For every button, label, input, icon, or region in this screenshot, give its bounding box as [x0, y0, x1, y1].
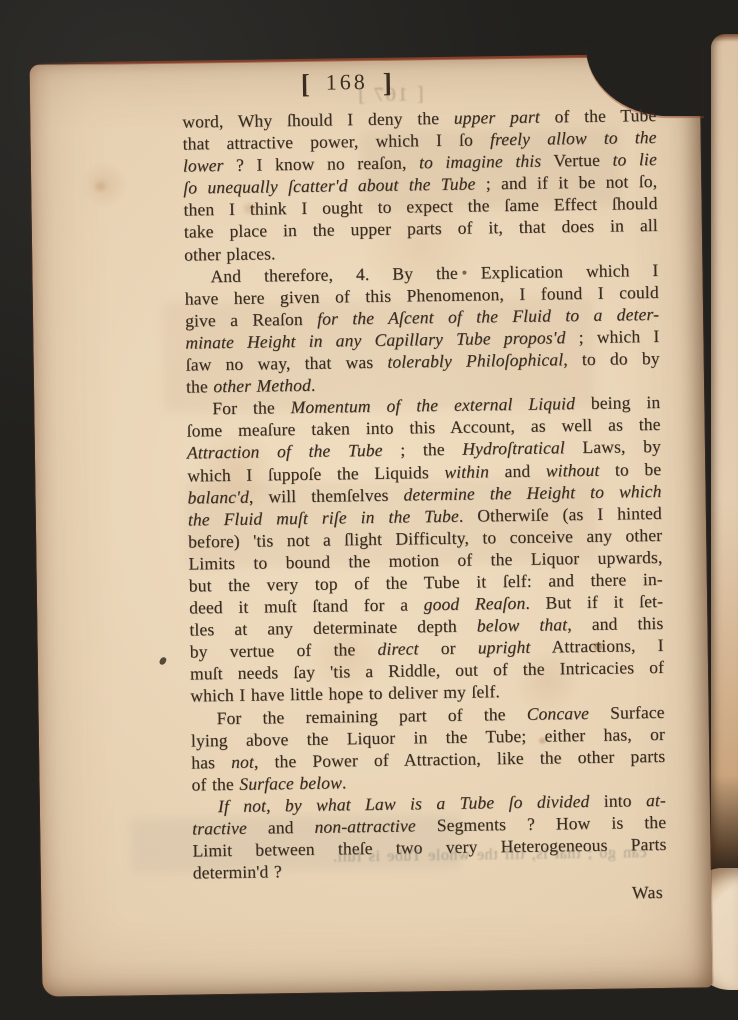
italic-text: to lie	[612, 149, 657, 170]
roman-text: . Otherwiſe (as I hinted	[459, 503, 662, 526]
folio-left-bracket: [	[301, 69, 311, 99]
roman-text: ; and if it be not ſo,	[475, 171, 657, 194]
roman-text: , to do by	[563, 348, 660, 369]
roman-text: , and this	[567, 613, 663, 634]
italic-text: determine the Height to which	[403, 481, 661, 505]
italic-text: ſo unequally ſcatter'd about the Tube	[183, 174, 476, 198]
roman-text: or	[418, 638, 477, 659]
italic-text: freely allow to the	[490, 127, 657, 149]
roman-text: give a Reaſon	[185, 309, 317, 331]
roman-text: Surface	[589, 701, 665, 722]
italic-text: Hydroſtratical	[462, 438, 565, 459]
italic-text: the Fluid muſt riſe in the Tube	[188, 505, 459, 529]
italic-text: below that	[477, 614, 568, 635]
italic-text: to imagine this	[419, 151, 542, 173]
body-text: can go ; that is, till the whole Tube is…	[182, 104, 667, 884]
roman-text: which I ſuppoſe the Liquids	[187, 461, 444, 485]
italic-text: balanc'd	[187, 486, 249, 507]
roman-text: Laws, by	[565, 436, 661, 457]
italic-text: tolerably Philoſophical	[387, 349, 563, 371]
roman-text: ſaw no way, that was	[186, 352, 388, 375]
roman-text: Segments ? How is the	[416, 812, 667, 835]
roman-text: deed it muſt ſtand for a	[189, 594, 424, 617]
roman-text: For the	[212, 397, 291, 418]
italic-text: not	[231, 751, 254, 771]
roman-text: into	[589, 790, 646, 811]
roman-text: determin'd ?	[193, 861, 282, 882]
italic-text: Momentum of the external Liquid	[291, 393, 576, 417]
roman-text: . But if it ſet-	[525, 591, 663, 613]
italic-text: good Reaſon	[424, 593, 526, 614]
folio-right-bracket: ]	[383, 68, 393, 98]
italic-text: Attraction of the Tube	[187, 440, 383, 463]
roman-text: Vertue	[541, 150, 613, 171]
roman-text: and	[247, 817, 315, 838]
roman-text: , will themſelves	[249, 484, 404, 506]
facing-page-edge	[711, 34, 738, 876]
roman-text: being in	[575, 392, 661, 413]
roman-text: word, Why ſhould I deny the	[182, 108, 454, 132]
italic-text: lower	[183, 155, 224, 176]
catchword: Was	[632, 882, 663, 903]
italic-text: Surface below	[239, 772, 342, 793]
roman-text: has	[191, 752, 231, 773]
roman-text: For the remaining part of the	[217, 703, 527, 727]
book-page: [ 167 ] [168] can go ; that is, till the…	[30, 55, 713, 996]
roman-text: of the	[191, 774, 239, 795]
italic-text: direct	[377, 639, 418, 660]
italic-text: within	[444, 461, 489, 482]
roman-text: of the Tube	[540, 105, 657, 127]
roman-text: the	[186, 376, 214, 396]
scan-background: { "folio": { "left_bracket": "[", "numbe…	[0, 0, 738, 1020]
roman-text: Attractions, I	[530, 635, 664, 657]
italic-text: upright	[478, 637, 531, 658]
italic-text: tractive	[192, 818, 247, 839]
roman-text: tles at any determinate depth	[189, 616, 477, 640]
roman-text: .	[311, 375, 316, 395]
roman-text: , the Power of Attraction, like the othe…	[254, 746, 666, 772]
roman-text: ; which I	[565, 326, 659, 347]
roman-text: to be	[599, 458, 661, 479]
roman-text: ; the	[382, 439, 462, 460]
roman-text: other places.	[184, 243, 276, 264]
italic-text: non-attractive	[314, 815, 416, 836]
page-number-header: [168]	[30, 64, 664, 104]
roman-text: that attractive power, which I ſo	[183, 129, 491, 153]
italic-text: at-	[646, 790, 666, 810]
roman-text: and	[489, 460, 546, 481]
italic-text: without	[546, 459, 600, 480]
folio-number: 168	[326, 69, 368, 95]
foxing-spot	[95, 182, 105, 191]
italic-text: upper part	[454, 107, 540, 128]
ink-speck	[158, 656, 167, 666]
roman-text: ? I know no reaſon,	[223, 152, 419, 175]
roman-text: which I have little hope to deliver my ſ…	[190, 682, 500, 706]
roman-text: .	[342, 772, 347, 792]
italic-text: other Method	[213, 375, 311, 396]
italic-text: Concave	[527, 703, 590, 724]
roman-text: by vertue of the	[190, 639, 378, 662]
